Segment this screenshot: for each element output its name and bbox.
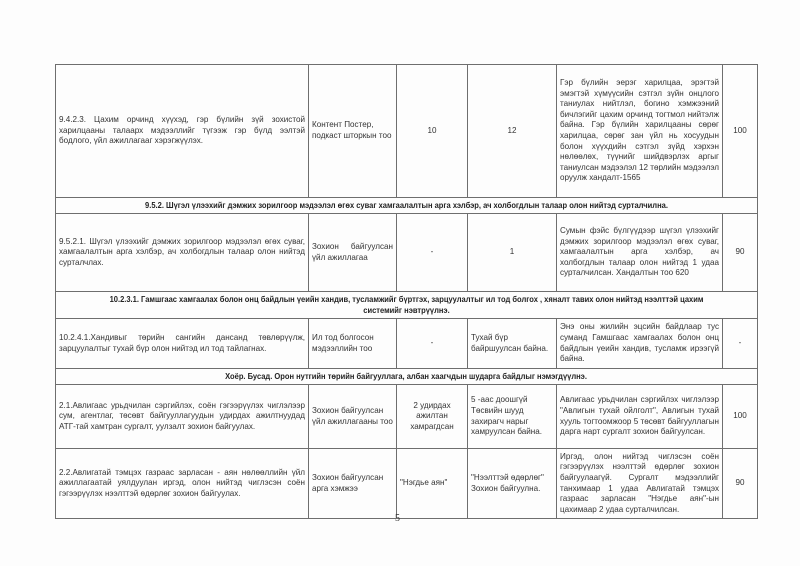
score-cell: 90 [723,214,758,292]
target-cell: 1 [468,214,557,292]
activity-cell: 9.5.2.1. Шүгэл үлээхийг дэмжих зорилгоор… [56,214,309,292]
baseline-cell: 2 удирдах ажилтан хамрагдсан [397,385,468,449]
target-cell: 12 [468,65,557,198]
target-cell: Тухай бүр байршуулсан байна. [468,319,557,369]
result-cell: Авлигаас урьдчилан сэргийлэх чиглэлээр "… [557,385,723,449]
activity-cell: 2.2.Авлигатай тэмцэх газраас зарласан - … [56,449,309,519]
activity-cell: 9.4.2.3. Цахим орчинд хүүхэд, гэр бүлийн… [56,65,309,198]
target-cell: 5 -аас доошгүй Төсвийн шууд захирагч нар… [468,385,557,449]
activity-cell: 2.1.Авлигаас урьдчилан сэргийлэх, соён г… [56,385,309,449]
section-heading-text: 9.5.2. Шүгэл үлээхийг дэмжих зорилгоор м… [145,200,668,211]
baseline-cell: - [397,214,468,292]
report-table: 9.4.2.3. Цахим орчинд хүүхэд, гэр бүлийн… [55,64,758,519]
section-heading-row: Хоёр. Бусад. Орон нутгийн төрийн байгуул… [56,369,758,385]
result-cell: Иргэд, олон нийтэд чиглэсэн соён гэгээрү… [557,449,723,519]
score-cell: - [723,319,758,369]
indicator-cell: Контент Постер, подкаст шторкын тоо [309,65,397,198]
table-row: 9.5.2.1. Шүгэл үлээхийг дэмжих зорилгоор… [56,214,758,292]
page-number: 5 [395,513,400,524]
result-cell: Энэ оны жилийн эцсийн байдлаар тус суман… [557,319,723,369]
target-cell: "Нээлттэй өдөрлөг" Зохион байгуулна. [468,449,557,519]
score-cell: 100 [723,385,758,449]
score-cell: 90 [723,449,758,519]
table-row: 2.1.Авлигаас урьдчилан сэргийлэх, соён г… [56,385,758,449]
score-cell: 100 [723,65,758,198]
document-page: 9.4.2.3. Цахим орчинд хүүхэд, гэр бүлийн… [0,0,800,566]
section-heading: Хоёр. Бусад. Орон нутгийн төрийн байгуул… [56,369,758,385]
indicator-cell: Зохион байгуулсан үйл ажиллагаа [309,214,397,292]
section-heading: 9.5.2. Шүгэл үлээхийг дэмжих зорилгоор м… [56,198,758,214]
table-row: 9.4.2.3. Цахим орчинд хүүхэд, гэр бүлийн… [56,65,758,198]
section-heading-text: Хоёр. Бусад. Орон нутгийн төрийн байгуул… [226,371,588,382]
result-cell: Сумын фэйс бүлгүүдээр шүгэл үлээхийг дэм… [557,214,723,292]
baseline-cell: - [397,319,468,369]
result-cell: Гэр бүлийн эерэг харилцаа, эрэгтэй эмэгт… [557,65,723,198]
activity-cell: 10.2.4.1.Хандивыг төрийн сангийн дансанд… [56,319,309,369]
section-heading: 10.2.3.1. Гамшгаас хамгаалах болон онц б… [56,292,758,319]
section-heading-row: 9.5.2. Шүгэл үлээхийг дэмжих зорилгоор м… [56,198,758,214]
baseline-cell: 10 [397,65,468,198]
baseline-cell: "Нэгдье аян" [397,449,468,519]
indicator-cell: Зохион байгуулсан арга хэмжээ [309,449,397,519]
table-row: 2.2.Авлигатай тэмцэх газраас зарласан - … [56,449,758,519]
section-heading-text: 10.2.3.1. Гамшгаас хамгаалах болон онц б… [95,294,719,316]
table-row: 10.2.4.1.Хандивыг төрийн сангийн дансанд… [56,319,758,369]
section-heading-row: 10.2.3.1. Гамшгаас хамгаалах болон онц б… [56,292,758,319]
indicator-cell: Зохион байгуулсан үйл ажиллагааны тоо [309,385,397,449]
indicator-cell: Ил тод болгосон мэдээллийн тоо [309,319,397,369]
